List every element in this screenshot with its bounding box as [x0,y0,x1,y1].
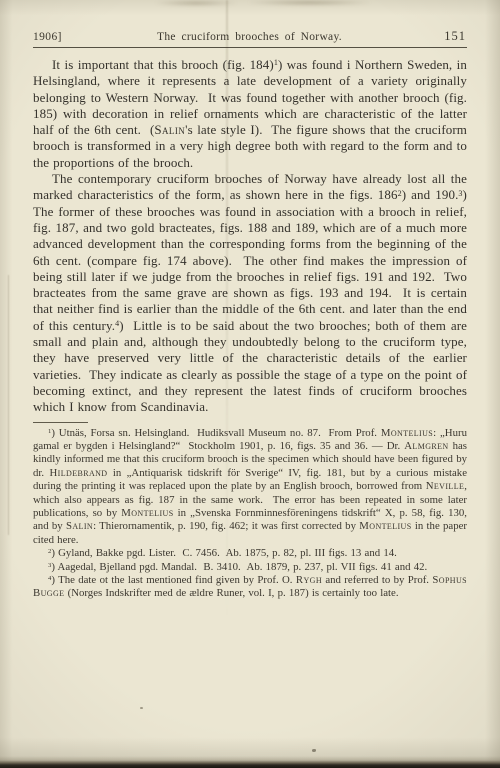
smallcaps-name: Montelius [359,520,411,532]
text-run: ) The former of these brooches was found… [33,187,475,332]
page-body: It is important that this brooch (fig. 1… [33,57,467,601]
footnote-marker: 2 [48,548,51,555]
paper-speck [140,707,143,709]
text-run: It is important that this brooch (fig. 1… [52,57,274,72]
smallcaps-name: Salin [66,520,93,532]
scanned-book-page: 1906] The cruciform brooches of Norway. … [0,0,500,768]
smallcaps-name: Montelius [121,507,173,519]
text-run: and referred to by Prof. [322,574,432,586]
footnote-marker: 1 [48,428,51,435]
page-number: 151 [394,29,466,44]
text-run: ) Utnäs, Forsa sn. Helsingland. Hudiksva… [51,427,381,439]
header-year-label: 1906] [33,31,105,43]
text-run: ) Gyland, Bakke pgd. Lister. C. 7456. Ab… [51,547,396,559]
text-run: : Thierornamentik, p. 190, fig. 462; it … [93,520,359,532]
text-run: ) The date ot the last mentioned find gi… [51,574,296,586]
scan-smudge-top [115,0,385,10]
page-crease-left [8,275,9,535]
footnote-separator-rule [33,422,88,423]
running-header: 1906] The cruciform brooches of Norway. … [33,29,466,44]
footnote-marker: 3 [48,562,51,569]
footnote-marker: 1 [274,58,278,67]
text-run: (Norges Indskrifter med de ældre Runer, … [64,587,398,599]
smallcaps-name: Almgren [404,440,448,452]
body-paragraph-1: It is important that this brooch (fig. 1… [33,57,467,171]
footnote-marker: 3 [458,189,462,198]
footnote-marker: 4 [115,319,119,328]
header-title: The cruciform brooches of Norway. [105,31,394,43]
footnote-4: 4) The date ot the last mentioned find g… [33,574,467,601]
footnotes-block: 1) Utnäs, Forsa sn. Helsingland. Hudiksv… [33,427,467,601]
footnote-marker: 2 [398,189,402,198]
smallcaps-name: Salin [154,122,185,137]
footnote-2: 2) Gyland, Bakke pgd. Lister. C. 7456. A… [33,547,467,560]
smallcaps-name: Rygh [296,574,322,586]
text-run: ) and 190. [402,187,459,202]
text-run: ) Aagedal, Bjelland pgd. Mandal. B. 3410… [51,561,427,573]
body-paragraph-2: The contemporary cruciform brooches of N… [33,171,467,415]
page-bottom-edge-shadow [0,756,500,768]
header-rule [33,47,467,48]
paper-speck [312,749,316,752]
smallcaps-name: Neville [426,480,465,492]
footnote-1: 1) Utnäs, Forsa sn. Helsingland. Hudiksv… [33,427,467,548]
smallcaps-name: Hildebrand [49,467,107,479]
smallcaps-name: Montelius [381,427,433,439]
footnote-3: 3) Aagedal, Bjelland pgd. Mandal. B. 341… [33,561,467,574]
footnote-marker: 4 [48,575,51,582]
